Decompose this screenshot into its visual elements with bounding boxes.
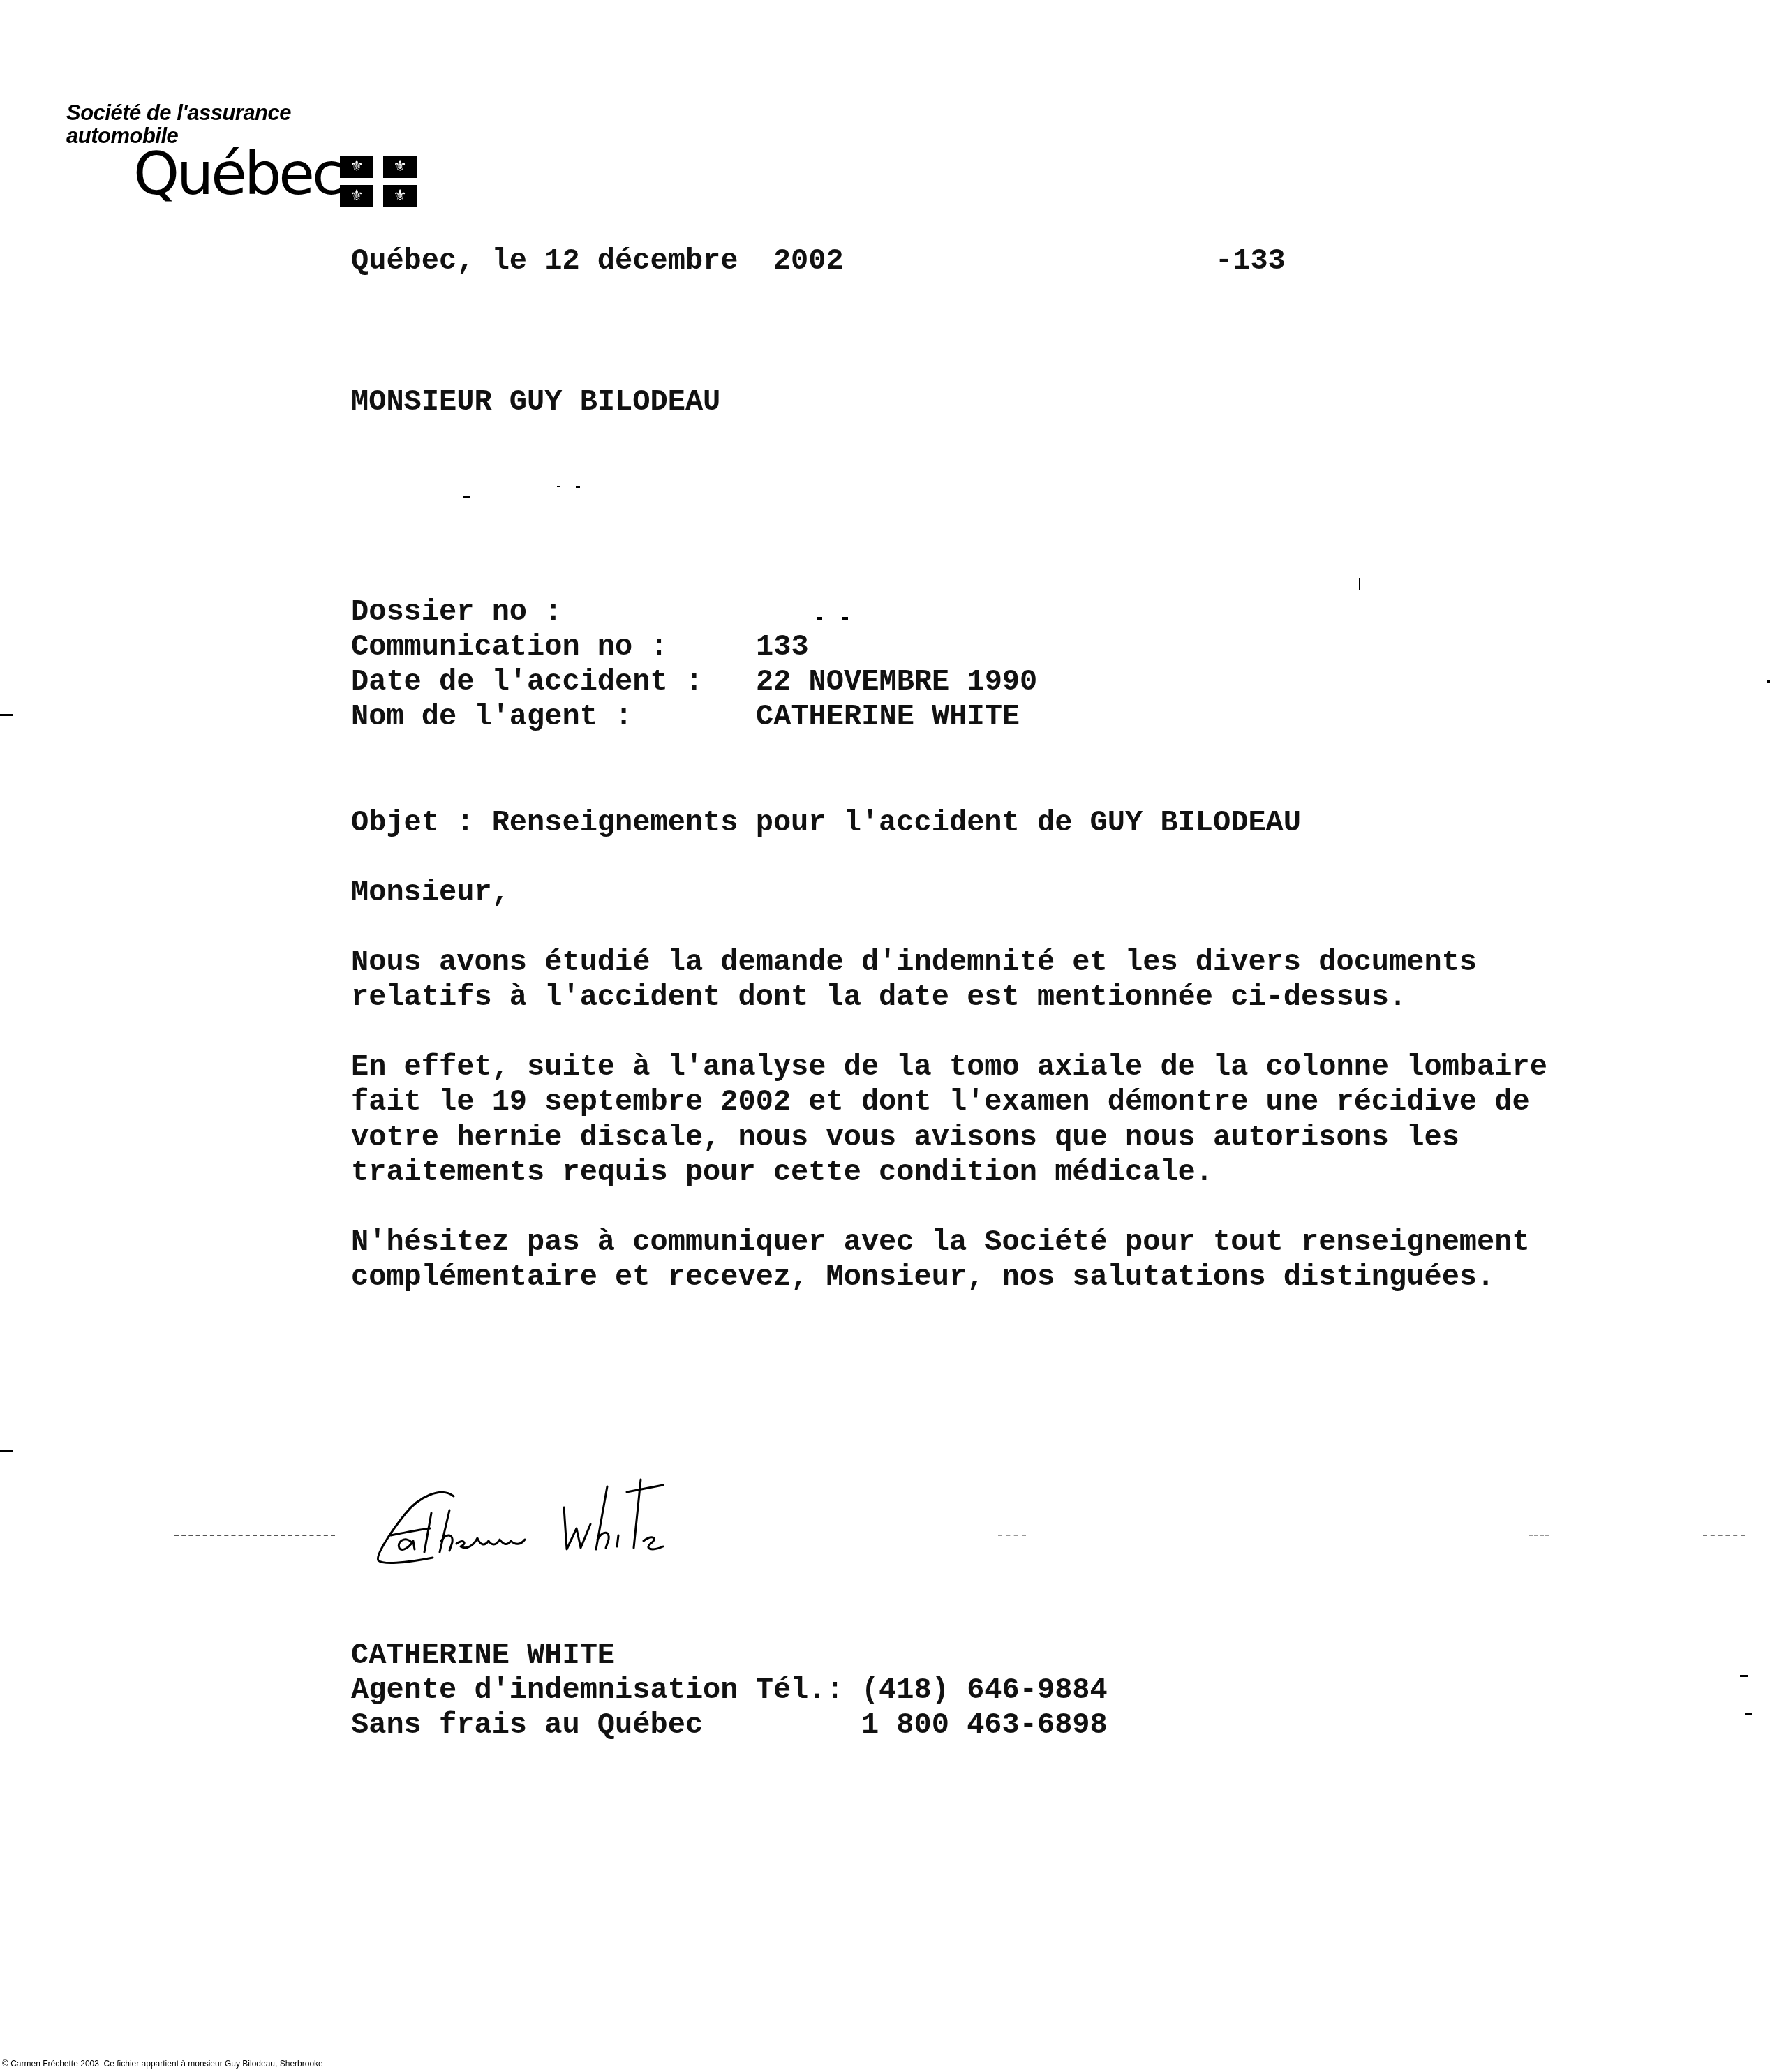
copyright-footer: © Carmen Fréchette 2003 Ce fichier appar…: [2, 2059, 323, 2069]
recipient-name: MONSIEUR GUY BILODEAU: [351, 385, 720, 419]
letter-page: Société de l'assurance automobile Québec…: [0, 0, 1770, 2072]
signature-guideline: [1703, 1535, 1745, 1536]
agent-name-label: Nom de l'agent :: [351, 699, 632, 734]
handwritten-signature: [363, 1466, 879, 1577]
accident-date-value: 22 NOVEMBRE 1990: [756, 664, 1037, 699]
signatory-title-phone: Agente d'indemnisation Tél.: (418) 646-9…: [351, 1673, 1108, 1708]
scan-speck: [557, 486, 560, 487]
scan-speck: [1359, 578, 1360, 590]
signature-guideline: [174, 1535, 335, 1536]
reference-number: -133: [1215, 244, 1286, 278]
communication-value: 133: [756, 629, 809, 664]
signature-guideline: [1529, 1535, 1549, 1536]
accident-date-label: Date de l'accident :: [351, 664, 703, 699]
body-paragraph-3: N'hésitez pas à communiquer avec la Soci…: [351, 1225, 1530, 1295]
communication-label: Communication no :: [351, 629, 668, 664]
subject-line: Objet : Renseignements pour l'accident d…: [351, 805, 1301, 840]
scan-speck: [1745, 1713, 1752, 1715]
province-wordmark: Québec: [133, 144, 341, 203]
signatory-name: CATHERINE WHITE: [351, 1638, 615, 1673]
scan-speck: [1767, 680, 1770, 683]
signatory-tollfree: Sans frais au Québec 1 800 463-6898: [351, 1708, 1108, 1743]
place-and-date: Québec, le 12 décembre 2002: [351, 244, 844, 278]
dossier-label: Dossier no :: [351, 595, 562, 629]
salutation: Monsieur,: [351, 875, 510, 910]
scan-speck: [463, 496, 470, 498]
saaq-logo: Société de l'assurance automobile Québec…: [66, 101, 429, 206]
scan-speck: [842, 617, 848, 620]
fold-mark: [0, 1450, 13, 1452]
signature-guideline: [998, 1535, 1026, 1536]
scan-speck: [1740, 1675, 1748, 1677]
body-paragraph-1: Nous avons étudié la demande d'indemnité…: [351, 945, 1477, 1015]
agent-name-value: CATHERINE WHITE: [756, 699, 1020, 734]
scan-speck: [576, 486, 580, 488]
body-paragraph-2: En effet, suite à l'analyse de la tomo a…: [351, 1050, 1547, 1190]
scan-speck: [817, 617, 822, 620]
fold-mark: [0, 714, 13, 716]
fleur-de-lis-flag-icon: ⚜ ⚜ ⚜ ⚜: [340, 156, 419, 204]
